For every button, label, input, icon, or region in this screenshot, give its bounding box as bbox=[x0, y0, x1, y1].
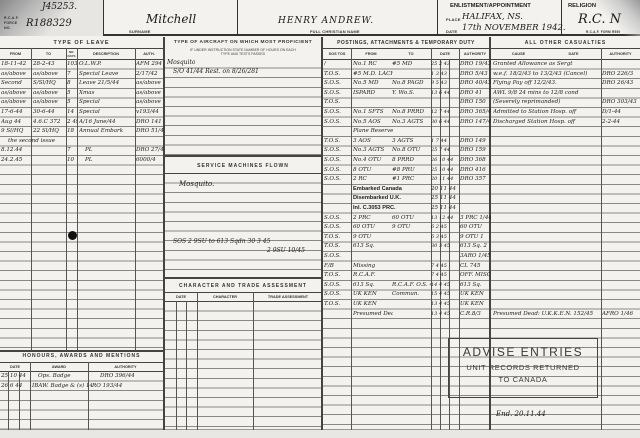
postings-col-from: FROM bbox=[351, 52, 391, 56]
christian-name-value: HENRY ANDREW. bbox=[278, 16, 374, 26]
place-value: HALIFAX, NS. bbox=[462, 12, 523, 22]
posting-row: /No.1 RC#5 MD25 2 43DRO 19/43 bbox=[323, 60, 489, 69]
stamp-line-3: TO CANADA bbox=[449, 375, 597, 384]
christian-name-label: FULL CHRISTIAN NAME bbox=[310, 29, 360, 34]
postings-col-to: TO bbox=[391, 52, 431, 56]
posting-row: T.O.S.DRO 150 bbox=[323, 98, 489, 107]
leave-col-to: TO bbox=[31, 52, 66, 56]
posting-row: S.O.S.UK KENCommun.15 4 45UK KEN bbox=[323, 290, 489, 299]
posting-row: T.O.S.613 Sq.30 3 45613 Sq. 2 bbox=[323, 242, 489, 251]
leave-row: the second issue bbox=[0, 137, 163, 146]
casualties-title: ALL OTHER CASUALTIES bbox=[491, 40, 640, 46]
posting-row: S.O.S.2 PRC60 OTU13 12 443 PRC 1/44 bbox=[323, 214, 489, 223]
service-number-cell: R.C.A.F. FORCE No. J45253. R188329 bbox=[0, 0, 104, 36]
leave-col-from: FROM bbox=[0, 52, 31, 56]
casualty-row: Discharged Station Hosp. off2-2-44 bbox=[491, 118, 640, 127]
aircraft-line: Mosquito bbox=[165, 58, 321, 67]
aircraft-section: TYPE OF AIRCRAFT ON WHICH MOST PROFICIEN… bbox=[165, 37, 323, 430]
stamp-line-2: UNIT RECORDS RETURNED bbox=[449, 363, 597, 372]
aircraft-line: S/O 41/44 Rest. on 8/26/281 bbox=[165, 67, 321, 76]
posting-row: S.O.S.No.5 AOSNo.3 AGTS30 6 44DRO 147/44 bbox=[323, 118, 489, 127]
postings-title: POSTINGS, ATTACHMENTS & TEMPORARY DUTY bbox=[323, 40, 489, 46]
aircraft-subtitle: IF UNDER INSTRUCTION STATE NUMBER OF HOU… bbox=[190, 48, 296, 56]
postings-col-authority: AUTHORITY bbox=[459, 52, 491, 56]
posting-row: S.O.S.60 OTU9 OTU6 2 4560 OTU bbox=[323, 223, 489, 232]
casualties-col-cause: CAUSE bbox=[491, 52, 546, 56]
casualty-row: AWL 9/8 24 mins to 12/8 cond bbox=[491, 89, 640, 98]
posting-row: S.O.S.No.4 OTU8 PRRD26 10 44DRO 368 bbox=[323, 156, 489, 165]
ink-blot bbox=[68, 231, 77, 240]
honours-col-authority: AUTHORITY bbox=[88, 365, 163, 369]
honours-title: HONOURS, AWARDS AND MENTIONS bbox=[0, 353, 163, 359]
casualty-row: (Severely reprimanded)DRO 303/43 bbox=[491, 98, 640, 107]
leave-title: TYPE OF LEAVE bbox=[0, 40, 163, 46]
leave-col-auth: AUTH. bbox=[135, 52, 163, 56]
posting-row: S.O.S.613 Sq.R.C.A.F. O.S. 4514 4 45613 … bbox=[323, 281, 489, 290]
christian-name-cell: HENRY ANDREW. FULL CHRISTIAN NAME bbox=[238, 0, 438, 36]
honours-col-award: AWARD bbox=[30, 365, 88, 369]
casualty-row: Presumed Dead: U.K.K.E.N. 152/45AFRO 1/4… bbox=[491, 310, 640, 319]
place-label: PLACE bbox=[446, 17, 461, 22]
service-number-2: R188329 bbox=[26, 18, 72, 29]
posting-row: Inl. C.3053 PRC.25 11 44 bbox=[323, 204, 489, 213]
record-header: R.C.A.F. FORCE No. J45253. R188329 Mitch… bbox=[0, 0, 640, 36]
religion-cell: RELIGION R.C. N R.C.A.F. FORM R550 bbox=[562, 0, 640, 36]
service-record-card: R.C.A.F. FORCE No. J45253. R188329 Mitch… bbox=[0, 0, 640, 430]
posting-row: T.O.S.UK KEN13 4 45UK KEN bbox=[323, 300, 489, 309]
enlistment-title: ENLISTMENT/APPOINTMENT bbox=[450, 3, 531, 9]
machines-line: SOS 2 9SU to 613 Sqdn 30 3 45 bbox=[165, 237, 321, 246]
form-number: R.C.A.F. FORM R550 bbox=[586, 30, 620, 34]
footer-note: End. 20.11.44 bbox=[496, 410, 546, 418]
posting-row: S.O.S.2 RC#1 PRC20 11 44DRO 357 bbox=[323, 175, 489, 184]
postings-col-sos-tos: SOS TOS bbox=[323, 52, 351, 56]
surname-label: SURNAME bbox=[129, 29, 151, 34]
leave-col-description: DESCRIPTION bbox=[77, 52, 135, 56]
casualty-row: Flying Pay off 12/2/43.DRO 26/43 bbox=[491, 79, 640, 88]
machines-line: 2 9SU 10/45 bbox=[165, 246, 321, 255]
casualty-row: w.e.f. 18/2/43 to 13/2/43 (Cancel)DRO 22… bbox=[491, 70, 640, 79]
honours-row: 25 10 44Ops. BadgeDRO 396/44 bbox=[0, 372, 163, 381]
religion-value: R.C. N bbox=[578, 12, 621, 27]
force-label: R.C.A.F. FORCE No. bbox=[4, 16, 18, 31]
surname-value: Mitchell bbox=[146, 12, 196, 26]
posting-row: S.O.S.No.1 SFTSNo.8 PRRD12 7 44DRO 365/4… bbox=[323, 108, 489, 117]
leave-section: TYPE OF LEAVE FROM TO No. DAYS DESCRIPTI… bbox=[0, 37, 165, 430]
posting-row: Disembarked U.K.25 11 44 bbox=[323, 194, 489, 203]
character-col-date: DATE bbox=[165, 295, 197, 299]
posting-row: Presumed Dead13 4 45C.R.8/3 bbox=[323, 310, 489, 319]
posting-row: T.O.S.#5 M.D. LACHINE1 3 43DRO 5/43 bbox=[323, 70, 489, 79]
posting-row: S.O.S.No.5 MDNo.8 PAGD9 5 43DRO 40/43 bbox=[323, 79, 489, 88]
posting-row: S.O.S.ISPARDY. Wo.S.13 6 44DRO 41 bbox=[323, 89, 489, 98]
casualty-row bbox=[491, 127, 640, 136]
advise-entries-stamp: ADVISE ENTRIES UNIT RECORDS RETURNED TO … bbox=[448, 338, 598, 398]
character-col-trade: TRADE ASSESSMENT bbox=[253, 295, 323, 299]
leave-row: SecondS/Sl/HQ8Leave 21/5/44as/above bbox=[0, 79, 163, 88]
postings-col-date: DATE bbox=[431, 52, 459, 56]
casualties-col-authority: AUTHORITY bbox=[601, 52, 640, 56]
posting-row: T.O.S.R.C.A.F.7 4 45OFF. MISC. bbox=[323, 271, 489, 280]
posting-row: F/BMissing7 4 45CL 745 bbox=[323, 262, 489, 271]
leave-row: 8.12.447PLDRO 27/44 bbox=[0, 146, 163, 155]
character-title: CHARACTER AND TRADE ASSESSMENT bbox=[165, 283, 321, 289]
machines-line: Mosquito. bbox=[165, 180, 321, 189]
leave-row: as/aboveas/above5Specialas/above bbox=[0, 98, 163, 107]
religion-label: RELIGION bbox=[568, 3, 596, 9]
posting-row: T.O.S.3 AOS3 AGTS1 7 44DRO 149 bbox=[323, 137, 489, 146]
posting-row: Embarked Canada20 11 44 bbox=[323, 185, 489, 194]
character-col-character: CHARACTER bbox=[197, 295, 253, 299]
leave-row: 9 Sl/HQ22 Sl/HQ18Annual EmbarkDRO 51/44 bbox=[0, 127, 163, 136]
aircraft-title: TYPE OF AIRCRAFT ON WHICH MOST PROFICIEN… bbox=[165, 40, 321, 45]
leave-col-days: No. DAYS bbox=[66, 50, 77, 58]
stamp-line-1: ADVISE ENTRIES bbox=[449, 345, 597, 359]
machines-title: SERVICE MACHINES FLOWN bbox=[165, 163, 321, 169]
service-number-1: J45253. bbox=[42, 2, 77, 12]
leave-row: 18-11-4228-2-43103O.L.W.P.AFM 294 bbox=[0, 60, 163, 69]
posting-row: T.O.S.9 OTU6 3 459 OTU 1 bbox=[323, 233, 489, 242]
posting-row: S.O.S.8 OTU#8 PRU25 10 44DRO 416 bbox=[323, 166, 489, 175]
enlist-date-value: 17th NOVEMBER 1942. bbox=[462, 23, 566, 33]
posting-row: S.O.S.3ARO 1/45 bbox=[323, 252, 489, 261]
casualty-row: Granted Allowance as Sergt bbox=[491, 60, 640, 69]
leave-row: Aug 444.6.C 3722 49A/16 June/44DRO 141 bbox=[0, 118, 163, 127]
leave-row: 24.2.4510PL6000/4 bbox=[0, 156, 163, 165]
casualty-row: Admitted to Station Hosp. offD/1-44 bbox=[491, 108, 640, 117]
honours-col-date: DATE bbox=[0, 365, 30, 369]
posting-row: S.O.S.No.3 AGTSNo.8 OTU25 7 44DRO 159 bbox=[323, 146, 489, 155]
posting-row: Plane Reserve bbox=[323, 127, 489, 136]
casualties-col-date: DATE bbox=[546, 52, 601, 56]
honours-row: 26 6 44IBAW. Badge & (s) 14RO 193/44 bbox=[0, 382, 163, 391]
surname-cell: Mitchell SURNAME bbox=[104, 0, 238, 36]
leave-row: as/aboveas/above7Special Leave2/17/42 bbox=[0, 70, 163, 79]
date-label: DATE bbox=[446, 29, 457, 34]
enlistment-cell: ENLISTMENT/APPOINTMENT PLACE HALIFAX, NS… bbox=[438, 0, 562, 36]
leave-row: as/aboveas/above5Xmasas/above bbox=[0, 89, 163, 98]
leave-row: 17-6-4430-6-4414Specialv193/44 bbox=[0, 108, 163, 117]
